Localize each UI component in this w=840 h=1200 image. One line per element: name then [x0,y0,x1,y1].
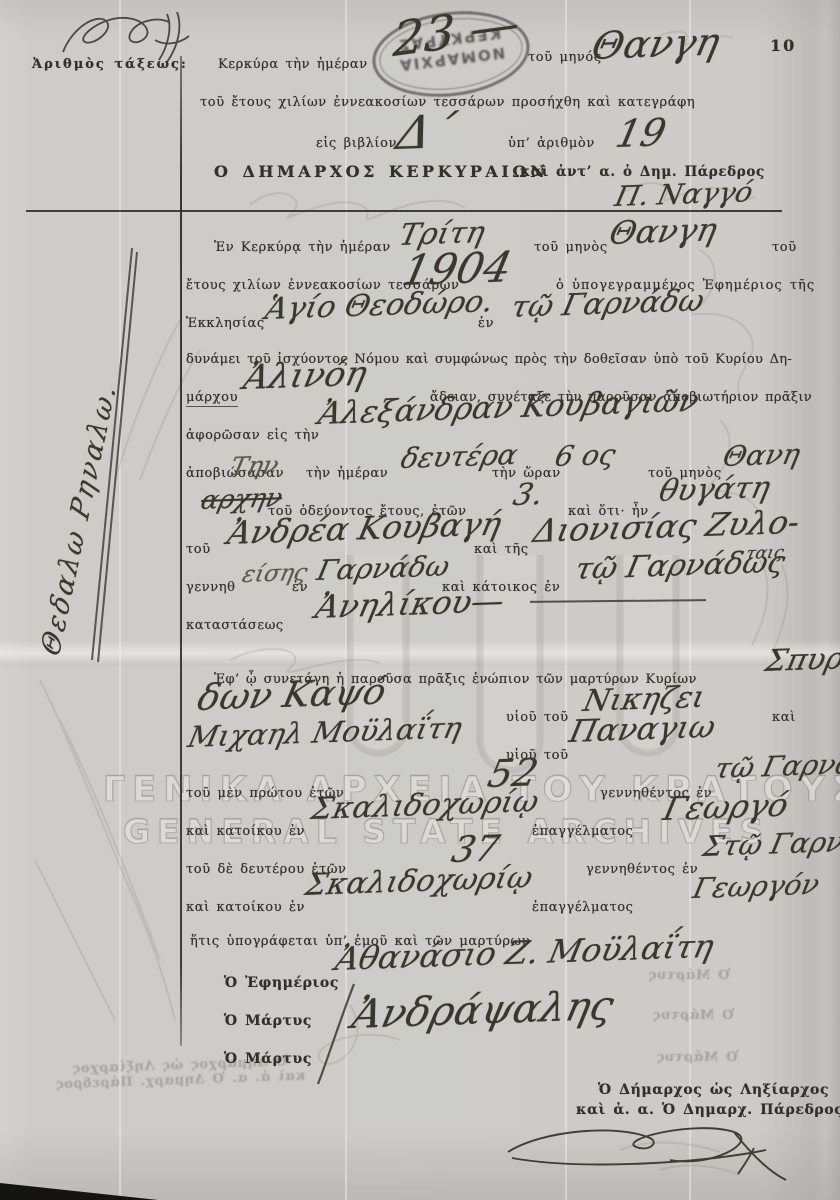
mayor-header-title: Ο ΔΗΜΑΡΧΟΣ ΚΕΡΚΥΡΑΙΩΝ [214,162,548,181]
residence-superscript-entry: ταις [744,543,786,564]
died-insert-entry: Την [228,450,281,481]
registration-place-date: Κερκύρα τὴν ἡμέραν [218,57,368,72]
margin-tally-lines [30,230,150,670]
bleedthrough-footer: Ὁ Δήμαρχος ὡς Ληξίαρχος καὶ ἀ. α. Ὁ Δημα… [55,1054,306,1093]
mayor-header-signature: Π. Ναγγό [612,175,756,213]
witness2-occupation-entry: Γεωργόν [690,868,822,905]
record-number-entry: 19 [612,110,670,156]
relation-entry: θυγάτη [656,470,773,509]
witness1-name-part1: Σπυρ- [762,641,840,679]
order-number-label: Ἀριθμὸς τάξεως: [32,57,188,72]
death-hour-entry: 6 ος [552,438,619,473]
book-label: εἰς βιβλίον [316,136,397,151]
corner-fold [0,1183,158,1200]
status-entry: Ἀνηλίκου— [312,582,508,626]
mayor-signature-flourish [498,1112,798,1182]
death-month-entry: Θανη [720,437,803,473]
witness1-birthplace-entry: τῷ Γαρνάδω [712,746,840,785]
church-label: Ἐκκλησίας [186,316,265,331]
witness-label-1: Ὁ Μάρτυς [224,1013,312,1029]
page-number: 10 [770,36,796,55]
mother-label: καὶ τῆς [474,542,529,557]
margin-column-rule [180,56,182,1046]
church-entry: Ἁγίο Θεοδώρο. [262,284,497,327]
witness2-born-label: γεννηθέντος ἐν [586,862,698,877]
ghost-witness-label: Ὁ Μάρτυς [652,1008,734,1023]
ghost-witness-label: Ὁ Μάρτυς [648,968,730,983]
body-month-label: τοῦ μηνὸς [534,240,608,255]
church-place-label: ἐν [478,316,494,331]
body-line1-printed: Ἐν Κερκύρᾳ τὴν ἡμέραν [214,240,391,255]
mayor-word-printed: μάρχου [186,390,238,407]
witness2-birthplace-entry: Στῷ Γαρνάδω [700,823,840,863]
witness1-name-part2: δων Καψό [194,672,390,719]
witness1-resident-label: καὶ κατοίκου ἐν [186,824,305,839]
record-book-entry: Δ΄ [392,104,460,160]
witness1-occupation-label: ἐπαγγέλματος [532,824,634,839]
death-day-label: τὴν ἡμέραν [306,466,388,481]
witness2-residence-entry: Σκαλιδοχωρίῳ [302,860,536,903]
witness1-son-of-label: υἱοῦ τοῦ [506,710,569,725]
scanned-death-record-page: { "page_number": "10", "stamp": { "line1… [0,0,840,1200]
month-entry-top: Θανγη [588,20,724,68]
record-number-label: ὑπ’ ἀριθμὸν [508,136,595,151]
concerning-printed: ἀφορῶσαν εἰς τὴν [186,428,319,443]
witness-signature-flourish [310,980,390,1090]
body-line1-end: τοῦ [772,240,797,255]
born-in-label: ἐν [292,580,308,595]
witness2-father-entry: Παναγιω [566,709,719,750]
death-record-month: Θανγη [606,210,721,252]
status-label: καταστάσεως [186,618,284,633]
mayor-name-entry: Ἀλινόη [240,354,371,398]
footer-mayor-title-line1: Ὁ Δήμαρχος ὡς Ληξίαρχος [598,1082,829,1098]
witness-and-label: καὶ [772,710,796,725]
witness1-occupation-entry: Γεωργό [660,786,792,828]
ghost-witness-label: Ὁ Μάρτυς [656,1050,738,1065]
father-label: τοῦ [186,542,211,557]
witness2-resident-label: καὶ κατοίκου ἐν [186,900,305,915]
birthplace-entry: Γαρνάδω [314,549,453,587]
born-printed: γεννηθ [186,580,236,595]
age-entry: 3. [510,477,546,513]
witness2-occupation-label: ἐπαγγέλματος [532,900,634,915]
church-place-entry: τῷ Γαρνάδω [508,283,707,325]
deceased-name-entry: Ἀλεξάνδραν Κουβαγιῶν [315,383,702,432]
